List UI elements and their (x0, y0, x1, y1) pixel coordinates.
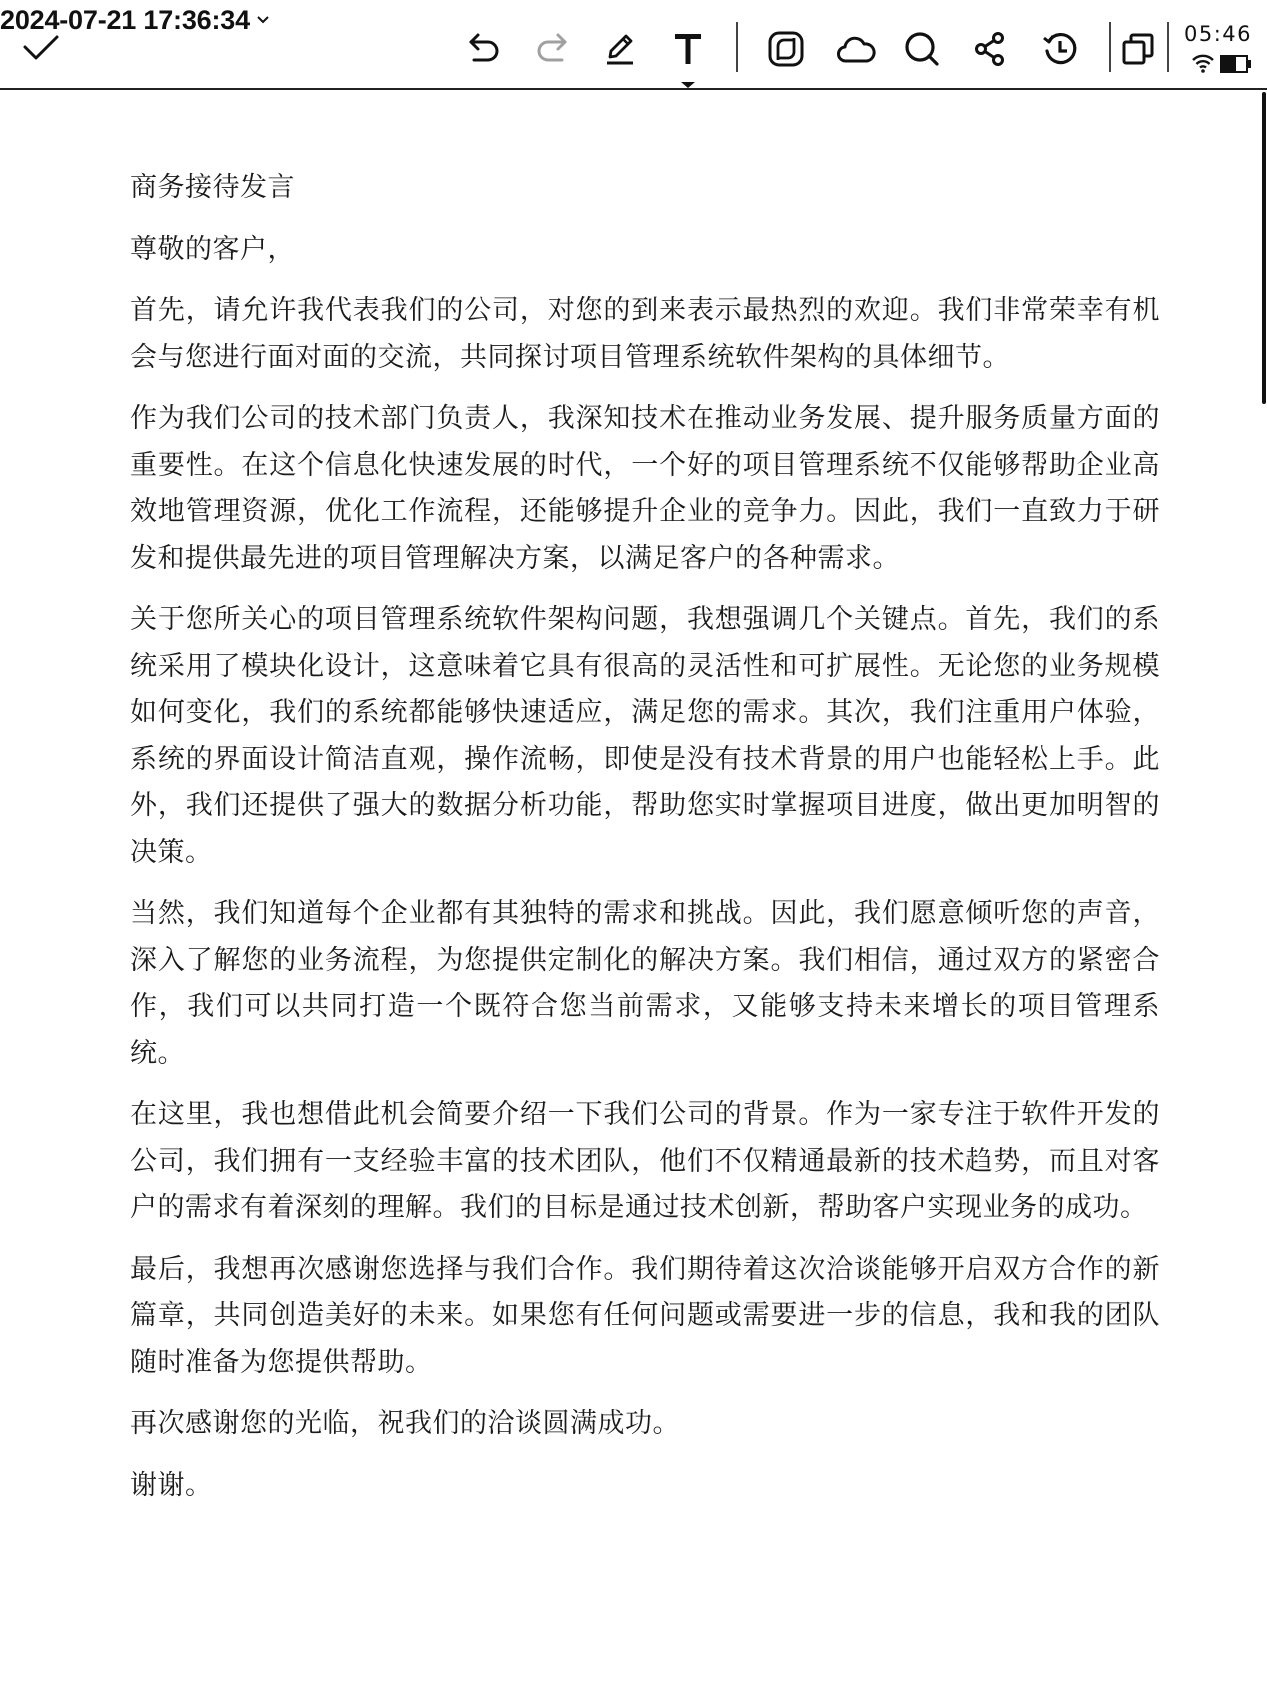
text-icon (670, 31, 706, 67)
undo-button[interactable] (460, 26, 508, 72)
battery-icon (1220, 55, 1252, 73)
status-bar: 05:46 (1178, 18, 1264, 78)
cloud-icon (836, 33, 876, 65)
paragraph: 作为我们公司的技术部门负责人，我深知技术在推动业务发展、提升服务质量方面的重要性… (130, 396, 1160, 582)
confirm-button[interactable] (18, 28, 64, 68)
wifi-icon (1191, 53, 1215, 73)
chevron-down-icon (256, 15, 270, 25)
paragraph: 尊敬的客户， (130, 227, 1160, 274)
pen-tool-button[interactable] (596, 26, 644, 72)
redo-icon (534, 31, 570, 67)
toolbar-divider (1109, 22, 1111, 72)
paragraph: 在这里，我也想借此机会简要介绍一下我们公司的背景。作为一家专注于软件开发的公司，… (130, 1092, 1160, 1232)
text-tool-options-caret[interactable] (681, 82, 695, 88)
paragraph: 首先，请允许我代表我们的公司，对您的到来表示最热烈的欢迎。我们非常荣幸有机会与您… (130, 288, 1160, 381)
document-scrollbar[interactable] (1262, 92, 1266, 404)
cloud-sync-button[interactable] (832, 26, 880, 72)
redo-button[interactable] (528, 26, 576, 72)
document-body[interactable]: 商务接待发言 尊敬的客户， 首先，请允许我代表我们的公司，对您的到来表示最热烈的… (130, 165, 1160, 1524)
paragraph: 关于您所关心的项目管理系统软件架构问题，我想强调几个关键点。首先，我们的系统采用… (130, 597, 1160, 876)
history-button[interactable] (1036, 26, 1084, 72)
lasso-button[interactable] (762, 26, 810, 72)
paragraph: 最后，我想再次感谢您选择与我们合作。我们期待着这次洽谈能够开启双方合作的新篇章，… (130, 1247, 1160, 1387)
clock: 05:46 (1184, 22, 1252, 46)
search-icon (903, 30, 941, 68)
text-tool-button[interactable] (664, 26, 712, 72)
search-button[interactable] (898, 26, 946, 72)
toolbar-divider (1167, 22, 1169, 72)
windows-icon (1121, 32, 1155, 66)
check-icon (21, 33, 61, 63)
history-icon (1041, 30, 1079, 68)
pen-icon (602, 31, 638, 67)
paragraph: 再次感谢您的光临，祝我们的洽谈圆满成功。 (130, 1401, 1160, 1448)
paragraph: 谢谢。 (130, 1463, 1160, 1510)
multi-window-button[interactable] (1114, 26, 1162, 72)
share-button[interactable] (966, 26, 1014, 72)
lasso-icon (767, 30, 805, 68)
top-toolbar: 2024-07-21 17:36:34 (0, 0, 1267, 90)
toolbar-divider (736, 22, 738, 72)
document-title: 商务接待发言 (130, 165, 1160, 212)
paragraph: 当然，我们知道每个企业都有其独特的需求和挑战。因此，我们愿意倾听您的声音，深入了… (130, 891, 1160, 1077)
undo-icon (466, 31, 502, 67)
share-icon (972, 31, 1008, 67)
